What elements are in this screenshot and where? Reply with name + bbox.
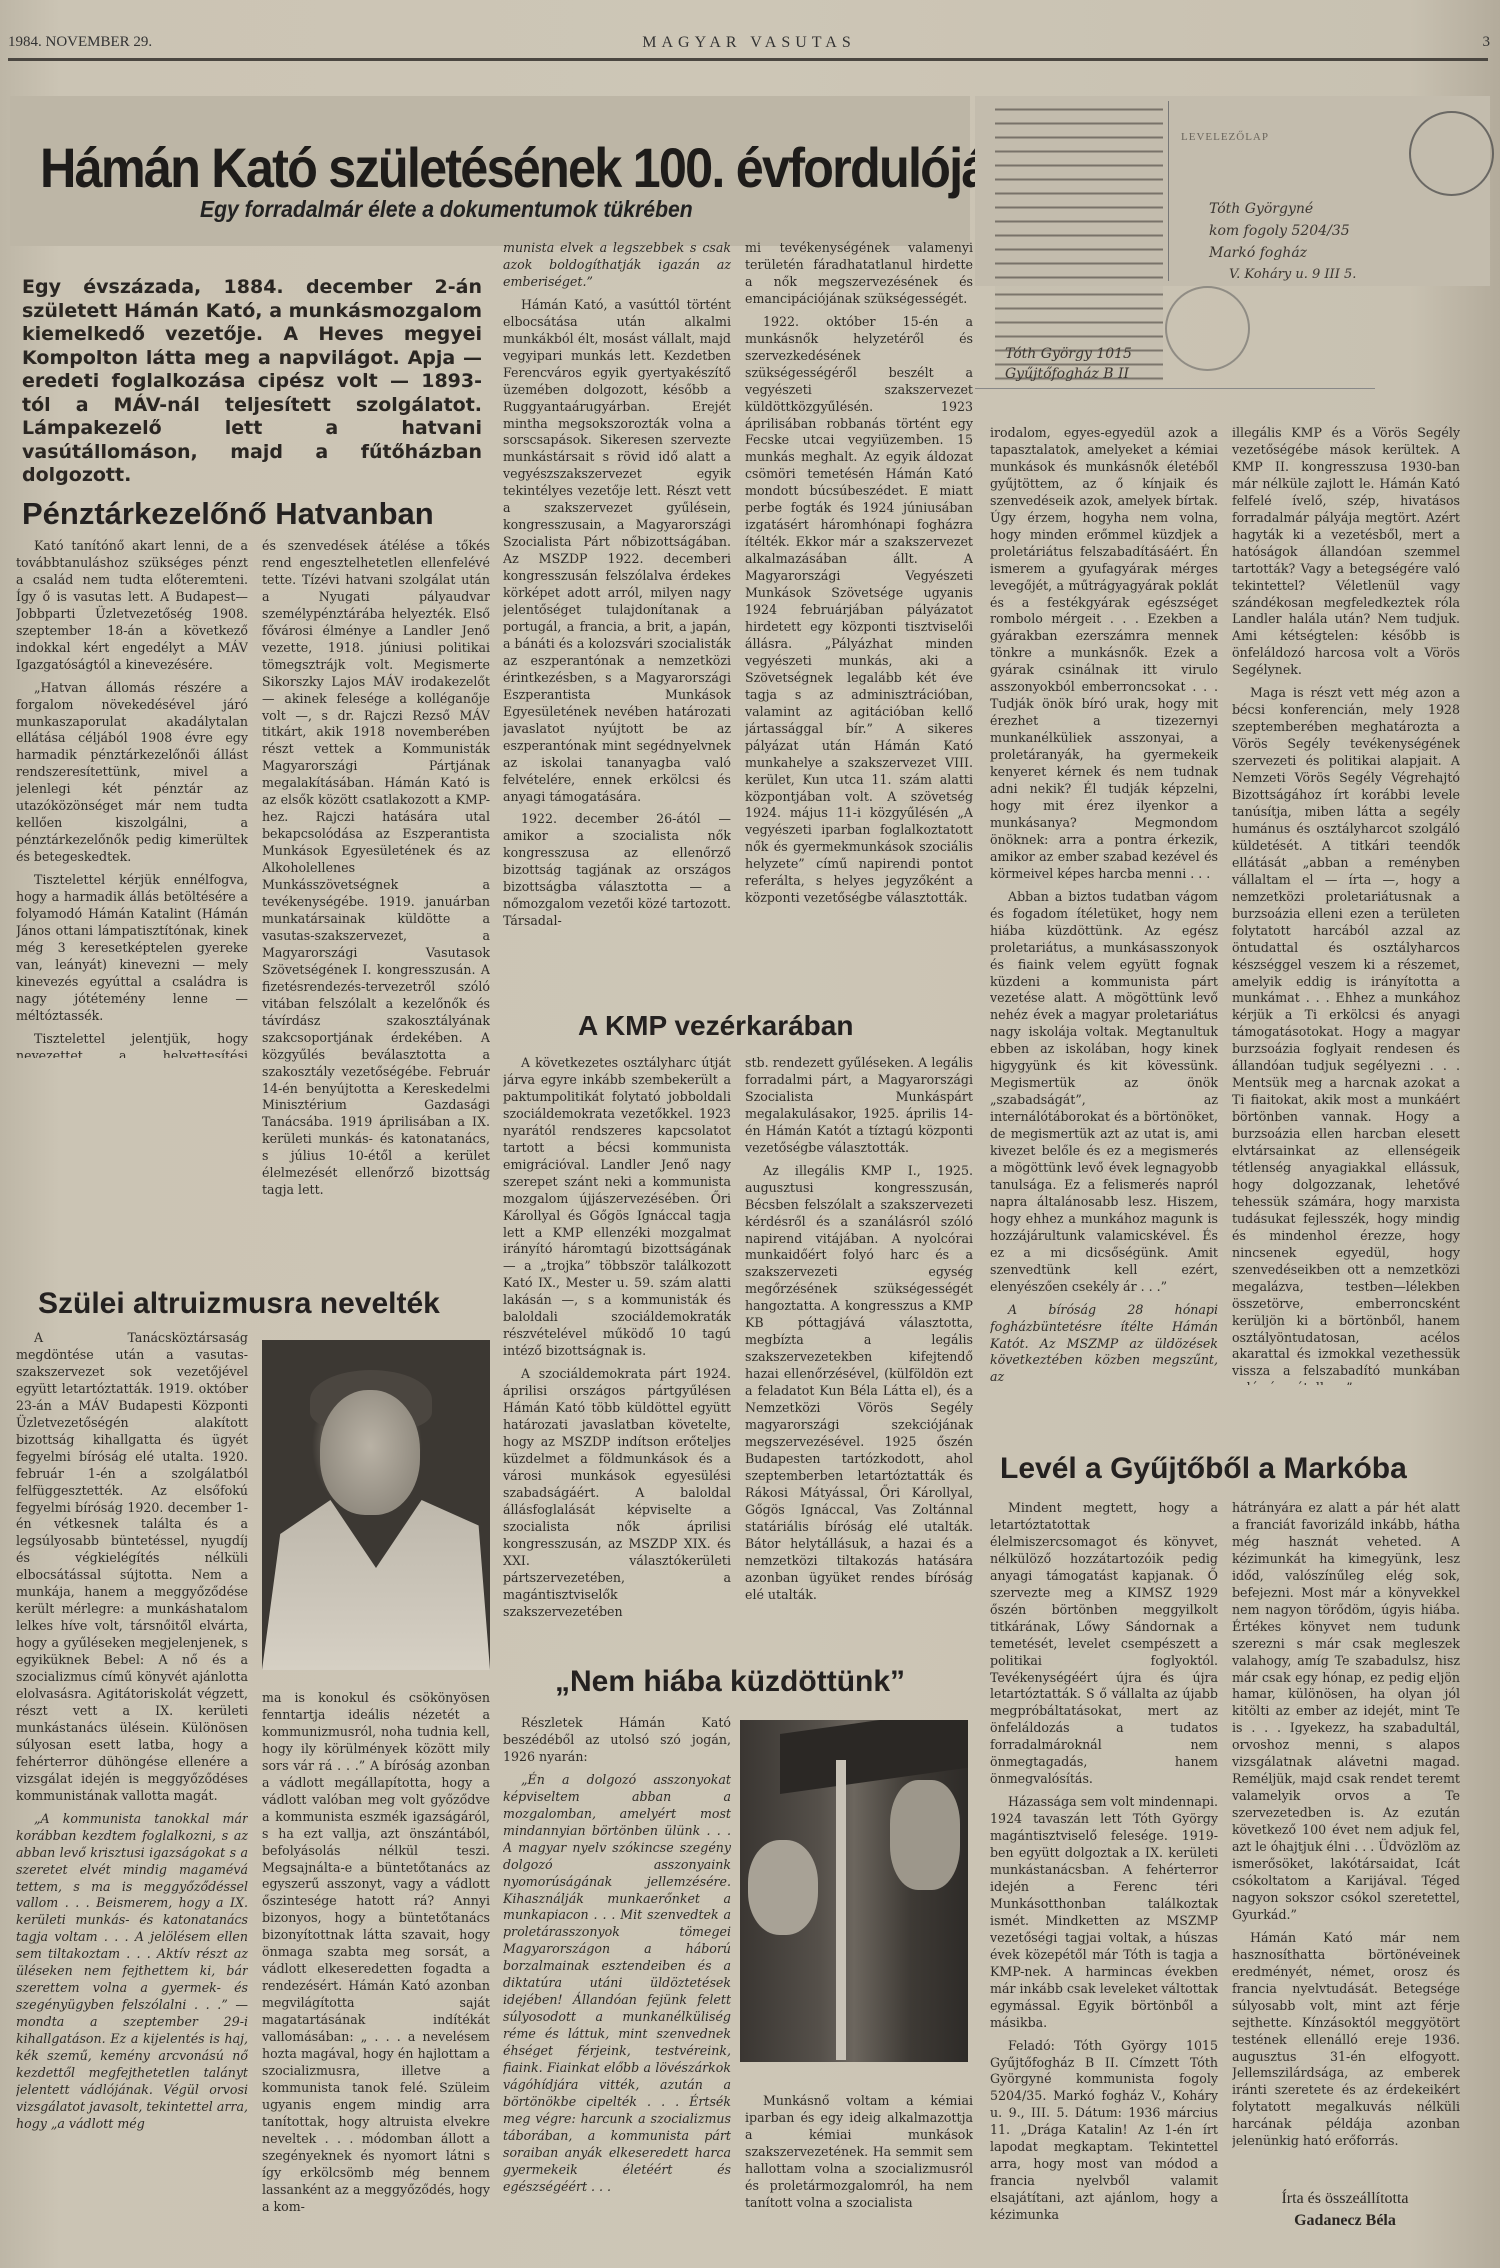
article-column: Mindent megtett, hogy a letartóztatottak… [990,1500,1218,2240]
masthead-rule [8,58,1488,61]
lead-paragraph: Egy évszázada, 1884. december 2-án szüle… [22,276,482,488]
paragraph: stb. rendezett gyűléseken. A legális for… [745,1055,973,1157]
paragraph: A következetes osztályharc útját járva e… [503,1055,731,1360]
article-column: illegális KMP és a Vörös Segély vezetősé… [1232,425,1460,1385]
paragraph: Feladó: Tóth György 1015 Gyűjtőfogház B … [990,2038,1218,2224]
paragraph: Mindent megtett, hogy a letartóztatottak… [990,1500,1218,1788]
paragraph: Házassága sem volt mindennapi. 1924 tava… [990,1794,1218,2031]
paragraph: Hámán Kató már nem hasznosíthatta börtön… [1232,1930,1460,2150]
postcard-address-line: Markó fogház [1209,245,1307,261]
handwriting-image [995,101,1163,286]
photo-divider [975,388,1375,389]
newspaper-name: MAGYAR VASUTAS [8,34,1490,52]
paragraph: és szenvedések átélése a tőkés rend enge… [262,538,490,1199]
paragraph: A Tanácsköztársaság megdöntése után a va… [16,1330,248,1805]
paragraph: Az illegális KMP I., 1925. augusztusi ko… [745,1163,973,1604]
paragraph: Hámán Kató, a vasúttól történt elbocsátá… [503,297,731,806]
page-number: 3 [1483,34,1491,51]
article-column: A következetes osztályharc útját járva e… [503,1055,731,1630]
article-column: A Tanácsköztársaság megdöntése után a va… [16,1330,248,2255]
paragraph: ma is konokul és csökönyösen fenntartja … [262,1690,490,2216]
quote-paragraph: munista elvek a legszebbek s csak azok b… [503,240,731,291]
quote-paragraph: „A kommunista tanokkal már korábban kezd… [16,1811,248,2133]
article-column: Kató tanítónő akart lenni, de a továbbta… [16,538,248,1058]
postmark-stamp-icon [1165,286,1250,371]
paragraph: 1922. október 15-én a munkásnők helyzeté… [745,314,973,907]
sender-line: Tóth György 1015 [1005,346,1132,362]
paragraph: Abban a biztos tudatban vágom és fogadom… [990,889,1218,1296]
article-column: Részletek Hámán Kató beszédéből az utols… [503,1715,731,2260]
portrait-photo-haman-kato [262,1340,490,1670]
article-column: irodalom, egyes-egyedül azok a tapasztal… [990,425,1218,1385]
paragraph: Kató tanítónő akart lenni, de a továbbta… [16,538,248,674]
photo-detail [320,1390,420,1515]
paragraph: 1922. december 26-ától — amikor a szocia… [503,811,731,930]
courtroom-photo [740,1720,968,2062]
byline: Írta és összeállította Gadanecz Béla [1230,2188,1460,2232]
postcard-address-line: kom fogoly 5204/35 [1209,223,1350,239]
article-column: hátrányára ez alatt a pár hét alatt a fr… [1232,1500,1460,2180]
article-column: stb. rendezett gyűléseken. A legális for… [745,1055,973,1630]
postcard-label: LEVELEZŐLAP [1181,131,1269,143]
photo-detail [262,1500,490,1670]
paragraph: Tisztelettel kérjük ennélfogva, hogy a h… [16,872,248,1025]
byline-credit: Írta és összeállította [1230,2188,1460,2210]
main-headline: Hámán Kató születésének 100. évfordulójá… [40,135,877,200]
section-heading: Levél a Gyűjtőből a Markóba [1000,1452,1407,1486]
postcard-photo: LEVELEZŐLAP Tóth Györgyné kom fogoly 520… [975,96,1490,286]
paragraph: mi tevékenységének valamenyi területén f… [745,240,973,308]
paragraph: A szociáldemokrata párt 1924. áprilisi o… [503,1366,731,1620]
paragraph: illegális KMP és a Vörös Segély vezetősé… [1232,425,1460,679]
photo-detail [836,1760,846,2060]
masthead: 1984. NOVEMBER 29. MAGYAR VASUTAS 3 [8,34,1490,56]
paragraph: „Hatvan állomás részére a forgalom növek… [16,680,248,866]
byline-author: Gadanecz Béla [1230,2210,1460,2232]
paragraph: Részletek Hámán Kató beszédéből az utols… [503,1715,731,1766]
article-column: Munkásnő voltam a kémiai iparban és egy … [745,2093,973,2243]
postmark-stamp-icon [1409,111,1494,196]
paragraph: Tisztelettel jelentjük, hogy nevezettet … [16,1031,248,1058]
quote-paragraph: „Én a dolgozó asszonyokat képviseltem ab… [503,1772,731,2196]
photo-detail [748,1840,818,1935]
paragraph: Munkásnő voltam a kémiai iparban és egy … [745,2093,973,2212]
section-heading: „Nem hiába küzdöttünk” [555,1665,905,1699]
paragraph: irodalom, egyes-egyedül azok a tapasztal… [990,425,1218,883]
postcard-address-side: LEVELEZŐLAP Tóth Györgyné kom fogoly 520… [1168,101,1478,281]
article-column: és szenvedések átélése a tőkés rend enge… [262,538,490,1238]
paragraph: hátrányára ez alatt a pár hét alatt a fr… [1232,1500,1460,1924]
paragraph: Maga is részt vett még azon a bécsi konf… [1232,685,1460,1385]
section-heading: Pénztárkezelőnő Hatvanban [22,496,434,532]
article-column: mi tevékenységének valamenyi területén f… [745,240,973,980]
newspaper-page: 1984. NOVEMBER 29. MAGYAR VASUTAS 3 Hámá… [0,0,1500,2268]
photo-detail [890,1780,960,1890]
sender-line: Gyűjtőfogház B II [1005,366,1129,382]
postcard-address-line: Tóth Györgyné [1209,201,1313,217]
section-heading: Szülei altruizmusra nevelték [38,1287,440,1321]
section-heading: A KMP vezérkarában [578,1010,853,1042]
article-column: munista elvek a legszebbek s csak azok b… [503,240,731,980]
paragraph: A bíróság 28 hónapi fogházbüntetésre íté… [990,1302,1218,1385]
subheadline: Egy forradalmár élete a dokumentumok tük… [200,196,693,223]
article-column: ma is konokul és csökönyösen fenntartja … [262,1690,490,2260]
postcard-photo-lower: Tóth György 1015 Gyűjtőfogház B II [975,286,1490,386]
postcard-address-line: V. Koháry u. 9 III 5. [1229,267,1356,282]
